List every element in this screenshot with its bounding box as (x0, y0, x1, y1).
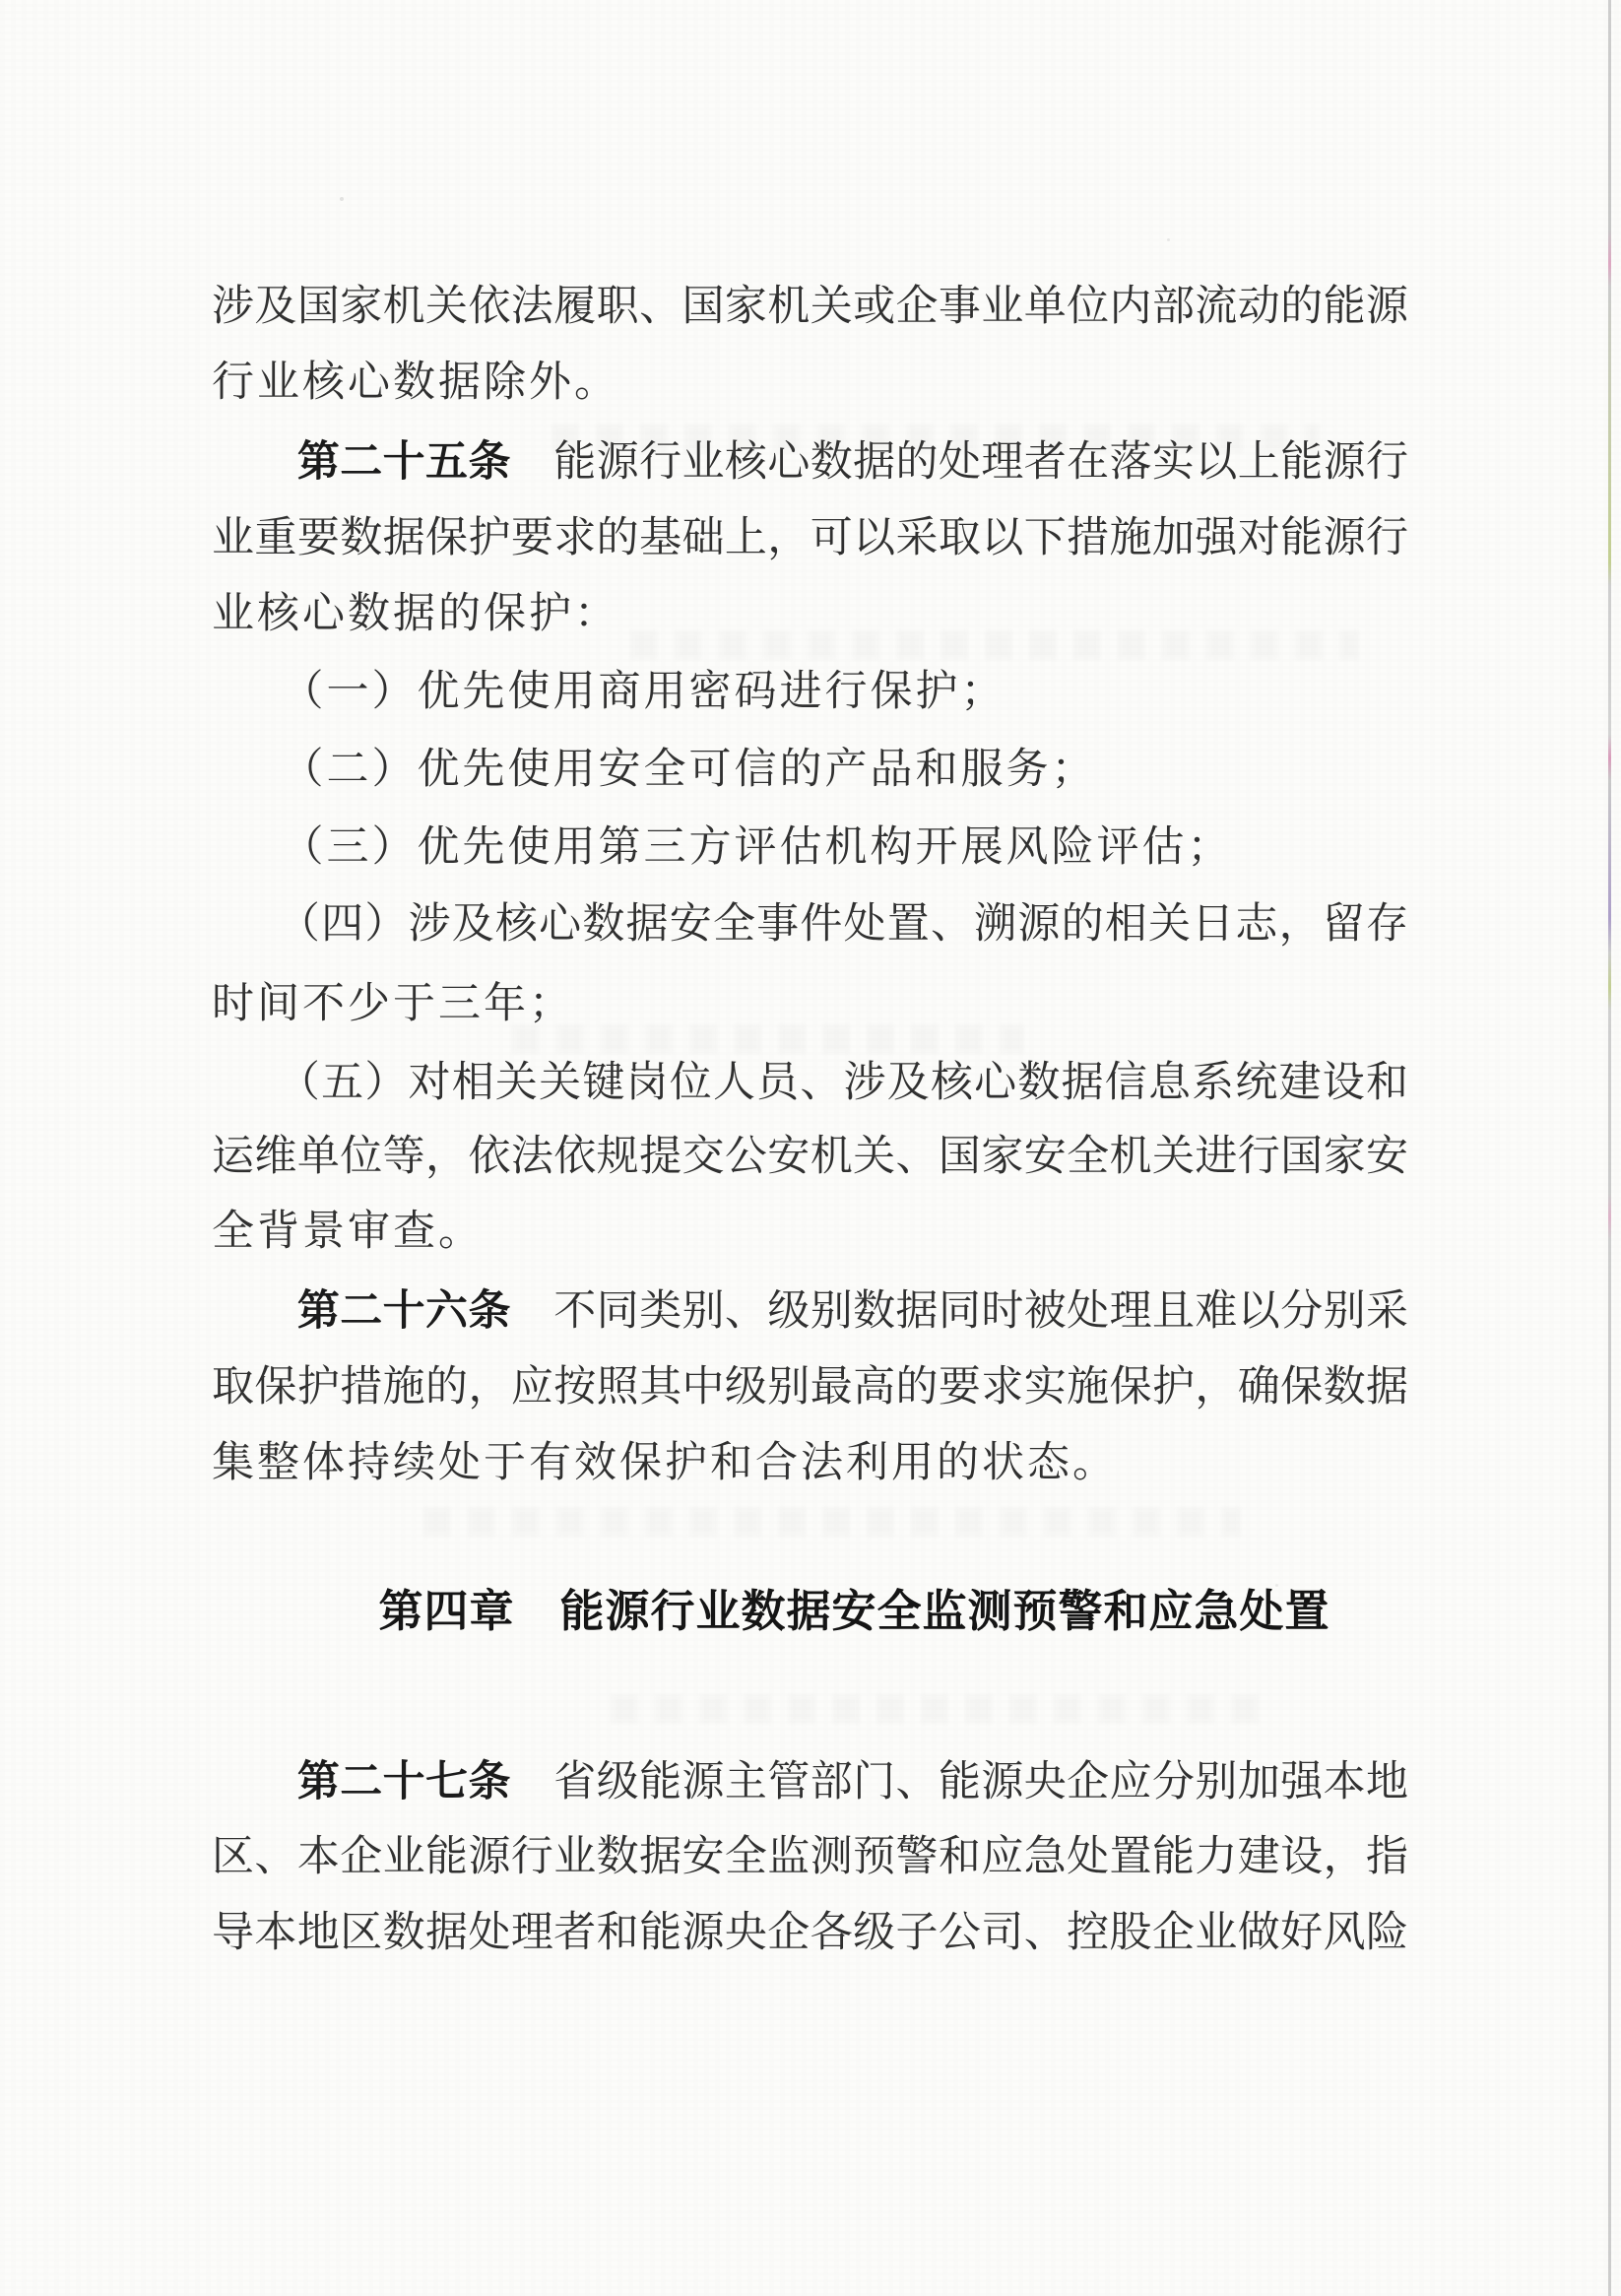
chapter-heading: 第四章 能源行业数据安全监测预警和应急处置 (256, 1581, 1453, 1642)
article-number: 第二十五条 (297, 439, 511, 486)
scan-speck (340, 197, 344, 201)
text-line: 全背景审查。 (212, 1205, 1408, 1260)
text-line: （一）优先使用商用密码进行保护； (212, 665, 1408, 720)
text-line: （四）涉及核心数据安全事件处置、溯源的相关日志，留存 (212, 897, 1408, 952)
body-text: 区、本企业能源行业数据安全监测预警和应急处置能力建设，指 (212, 1834, 1408, 1880)
body-text: （三）优先使用第三方评估机构开展风险评估； (212, 824, 1233, 871)
text-line: 时间不少于三年； (212, 977, 1408, 1032)
text-line: 取保护措施的，应按照其中级别最高的要求实施保护，确保数据 (212, 1360, 1408, 1415)
body-text: 运维单位等，依法依规提交公安机关、国家安全机关进行国家安 (212, 1134, 1408, 1180)
text-line: 业重要数据保护要求的基础上，可以采取以下措施加强对能源行 (212, 511, 1408, 566)
body-text: 取保护措施的，应按照其中级别最高的要求实施保护，确保数据 (212, 1364, 1408, 1410)
text-line: （二）优先使用安全可信的产品和服务； (212, 743, 1408, 798)
body-text: 导本地区数据处理者和能源央企各级子公司、控股企业做好风险 (212, 1910, 1408, 1956)
body-text: 业核心数据的保护： (212, 591, 619, 637)
body-text: （五）对相关关键岗位人员、涉及核心数据信息系统建设和 (212, 1060, 1408, 1106)
body-text (212, 1759, 297, 1805)
text-line: 行业核心数据除外。 (212, 356, 1408, 411)
text-line: 涉及国家机关依法履职、国家机关或企事业单位内部流动的能源 (212, 280, 1408, 335)
text-line: 导本地区数据处理者和能源央企各级子公司、控股企业做好风险 (212, 1906, 1408, 1961)
body-text (212, 1288, 297, 1335)
scanned-page: 涉及国家机关依法履职、国家机关或企事业单位内部流动的能源行业核心数据除外。 第二… (0, 0, 1621, 2296)
bleedthrough-artifact (423, 1507, 1241, 1537)
body-text: 集整体持续处于有效保护和合法利用的状态。 (212, 1440, 1118, 1486)
body-text: 行业核心数据除外。 (212, 360, 619, 406)
body-text: （四）涉及核心数据安全事件处置、溯源的相关日志，留存 (212, 901, 1408, 948)
text-line: 业核心数据的保护： (212, 587, 1408, 642)
text-line: 第二十六条 不同类别、级别数据同时被处理且难以分别采 (212, 1284, 1408, 1340)
article-number: 第二十六条 (297, 1288, 511, 1335)
body-text: 全背景审查。 (212, 1209, 484, 1255)
body-text (212, 439, 297, 486)
scan-edge-artifact (1608, 0, 1611, 2296)
body-text: 能源行业核心数据的处理者在落实以上能源行 (511, 439, 1408, 486)
scan-speck (1167, 238, 1170, 241)
article-number: 第二十七条 (297, 1759, 511, 1805)
bleedthrough-artifact (611, 1694, 1261, 1724)
body-text: （二）优先使用安全可信的产品和服务； (212, 747, 1097, 793)
scan-speck (1275, 1584, 1278, 1587)
text-line: （五）对相关关键岗位人员、涉及核心数据信息系统建设和 (212, 1056, 1408, 1111)
text-line: 第二十七条 省级能源主管部门、能源央企应分别加强本地 (212, 1755, 1408, 1810)
body-text: （一）优先使用商用密码进行保护； (212, 669, 1006, 715)
body-text: 业重要数据保护要求的基础上，可以采取以下措施加强对能源行 (212, 515, 1408, 561)
body-text: 时间不少于三年； (212, 981, 574, 1027)
body-text: 不同类别、级别数据同时被处理且难以分别采 (511, 1288, 1408, 1335)
text-line: （三）优先使用第三方评估机构开展风险评估； (212, 820, 1408, 876)
text-line: 第二十五条 能源行业核心数据的处理者在落实以上能源行 (212, 435, 1408, 491)
body-text: 省级能源主管部门、能源央企应分别加强本地 (511, 1759, 1408, 1805)
body-text: 涉及国家机关依法履职、国家机关或企事业单位内部流动的能源 (212, 284, 1408, 330)
text-line: 集整体持续处于有效保护和合法利用的状态。 (212, 1436, 1408, 1491)
text-line: 区、本企业能源行业数据安全监测预警和应急处置能力建设，指 (212, 1830, 1408, 1885)
text-line: 运维单位等，依法依规提交公安机关、国家安全机关进行国家安 (212, 1130, 1408, 1185)
